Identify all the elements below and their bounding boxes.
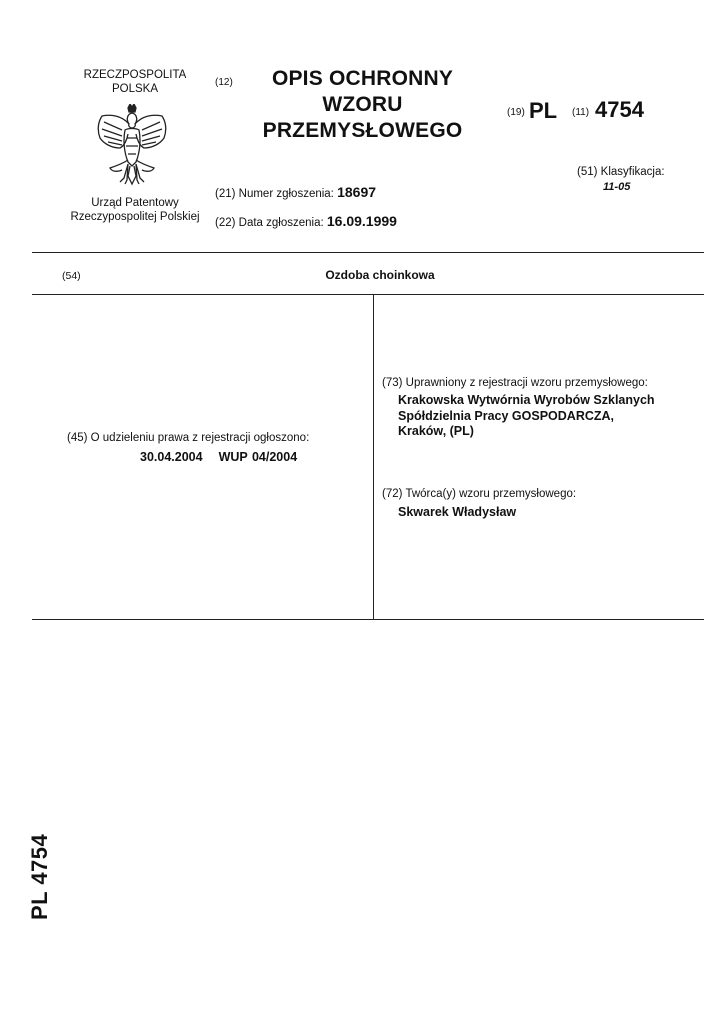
office-line-1: Urząd Patentowy	[55, 196, 215, 210]
design-title-code: (54)	[62, 270, 81, 282]
divider-bottom	[32, 619, 704, 620]
application-date-value: 16.09.1999	[327, 213, 397, 229]
country-line-2: POLSKA	[60, 82, 210, 96]
column-divider	[373, 294, 374, 619]
holder-line-2: Spółdzielnia Pracy GOSPODARCZA,	[398, 409, 655, 425]
creator-name: Skwarek Władysław	[398, 505, 516, 519]
country-name: RZECZPOSPOLITA POLSKA	[60, 68, 210, 96]
creator-label: (72) Twórca(y) wzoru przemysłowego:	[382, 488, 576, 500]
holder-name: Krakowska Wytwórnia Wyrobów Szklanych Sp…	[398, 393, 655, 440]
country-line-1: RZECZPOSPOLITA	[60, 68, 210, 82]
application-date: (22) Data zgłoszenia: 16.09.1999	[215, 213, 397, 229]
side-document-label: PL 4754	[27, 834, 53, 920]
grant-values: 30.04.2004WUP 04/2004	[140, 450, 297, 464]
application-number-value: 18697	[337, 184, 376, 200]
holder-line-3: Kraków, (PL)	[398, 424, 655, 440]
code-19: (19)	[507, 107, 525, 118]
polish-eagle-emblem-icon	[94, 104, 170, 186]
country-code: PL	[529, 98, 557, 124]
patent-office-name: Urząd Patentowy Rzeczypospolitej Polskie…	[55, 196, 215, 224]
holder-label: (73) Uprawniony z rejestracji wzoru prze…	[382, 377, 648, 389]
document-title: OPIS OCHRONNY WZORU PRZEMYSŁOWEGO	[255, 66, 470, 144]
application-date-label: (22) Data zgłoszenia:	[215, 217, 324, 229]
application-number-label: (21) Numer zgłoszenia:	[215, 188, 334, 200]
title-line-1: OPIS OCHRONNY	[255, 66, 470, 92]
divider-top	[32, 252, 704, 253]
grant-date: 30.04.2004	[140, 450, 203, 464]
application-number: (21) Numer zgłoszenia: 18697	[215, 184, 376, 200]
code-12: (12)	[215, 77, 233, 88]
divider-middle	[32, 294, 704, 295]
classification-value: 11-05	[603, 181, 630, 193]
holder-line-1: Krakowska Wytwórnia Wyrobów Szklanych	[398, 393, 655, 409]
title-line-3: PRZEMYSŁOWEGO	[255, 118, 470, 144]
title-line-2: WZORU	[255, 92, 470, 118]
document-number: 4754	[595, 97, 644, 123]
code-11: (11)	[572, 107, 589, 118]
design-title: Ozdoba choinkowa	[250, 268, 510, 282]
grant-label: (45) O udzieleniu prawa z rejestracji og…	[67, 432, 309, 444]
office-line-2: Rzeczypospolitej Polskiej	[55, 210, 215, 224]
classification-label: (51) Klasyfikacja:	[577, 166, 665, 178]
grant-bulletin: WUP 04/2004	[219, 450, 298, 464]
